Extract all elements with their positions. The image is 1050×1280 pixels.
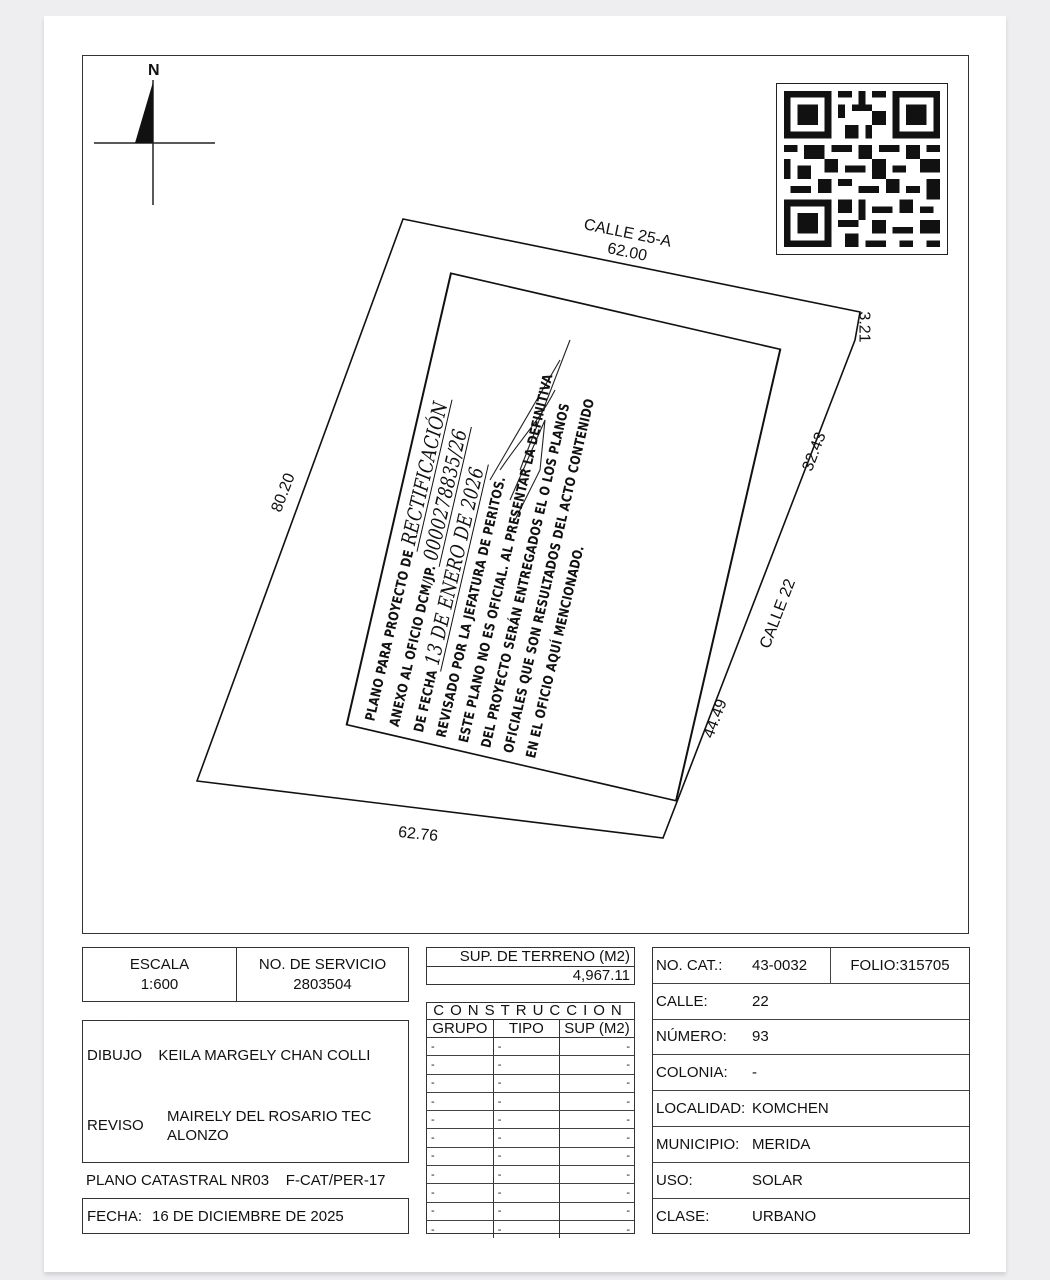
tipo-cell: - xyxy=(493,1184,559,1202)
table-row: --- xyxy=(427,1166,634,1184)
info-value: SOLAR xyxy=(752,1172,803,1189)
tipo-cell: - xyxy=(493,1056,559,1074)
sup-cell: - xyxy=(559,1184,634,1202)
info-row: USO:SOLAR xyxy=(653,1163,969,1199)
table-row: --- xyxy=(427,1184,634,1202)
table-row: --- xyxy=(427,1220,634,1238)
info-row: LOCALIDAD:KOMCHEN xyxy=(653,1091,969,1127)
info-value: 93 xyxy=(752,1028,769,1045)
tipo-cell: - xyxy=(493,1092,559,1110)
no-cat-value: 43-0032 xyxy=(752,957,807,974)
tipo-cell: - xyxy=(493,1166,559,1184)
grupo-cell: - xyxy=(427,1056,493,1074)
reviso-label: REVISO xyxy=(87,1117,144,1134)
table-row: --- xyxy=(427,1129,634,1147)
grupo-cell: - xyxy=(427,1092,493,1110)
scale-label: ESCALA xyxy=(130,955,189,975)
col-tipo: TIPO xyxy=(493,1020,559,1038)
sup-cell: - xyxy=(559,1074,634,1092)
qr-code-icon xyxy=(776,83,948,255)
info-row: NÚMERO:93 xyxy=(653,1020,969,1056)
table-row: --- xyxy=(427,1074,634,1092)
land-area-box: SUP. DE TERRENO (M2) 4,967.11 xyxy=(426,947,635,985)
info-key: CALLE: xyxy=(653,993,752,1010)
staff-box: DIBUJO KEILA MARGELY CHAN COLLI REVISO M… xyxy=(82,1020,409,1163)
sup-cell: - xyxy=(559,1056,634,1074)
table-row: --- xyxy=(427,1092,634,1110)
table-row: --- xyxy=(427,1056,634,1074)
info-value: 22 xyxy=(752,993,769,1010)
info-row: COLONIA:- xyxy=(653,1055,969,1091)
grupo-cell: - xyxy=(427,1038,493,1056)
info-value: KOMCHEN xyxy=(752,1100,829,1117)
grupo-cell: - xyxy=(427,1166,493,1184)
folio-value: FOLIO:315705 xyxy=(830,948,969,983)
table-row: --- xyxy=(427,1147,634,1165)
scale-value: 1:600 xyxy=(141,975,179,995)
grupo-cell: - xyxy=(427,1147,493,1165)
north-label: N xyxy=(148,62,160,80)
reviso-name-1: MAIRELY DEL ROSARIO TEC xyxy=(167,1108,372,1125)
info-row: CLASE:URBANO xyxy=(653,1199,969,1235)
sup-cell: - xyxy=(559,1092,634,1110)
col-grupo: GRUPO xyxy=(427,1020,493,1038)
service-value: 2803504 xyxy=(293,975,351,995)
grupo-cell: - xyxy=(427,1111,493,1129)
reviso-name-2: ALONZO xyxy=(167,1127,229,1144)
info-key: MUNICIPIO: xyxy=(653,1136,752,1153)
dimension-corner: 3.21 xyxy=(855,311,873,342)
construction-title: CONSTRUCCION xyxy=(427,1003,634,1020)
date-value: 16 DE DICIEMBRE DE 2025 xyxy=(152,1208,344,1225)
table-row: --- xyxy=(427,1111,634,1129)
info-row: MUNICIPIO:MERIDA xyxy=(653,1127,969,1163)
service-label: NO. DE SERVICIO xyxy=(259,955,386,975)
sup-cell: - xyxy=(559,1166,634,1184)
dibujo-name: KEILA MARGELY CHAN COLLI xyxy=(158,1047,370,1064)
grupo-cell: - xyxy=(427,1184,493,1202)
date-label: FECHA: xyxy=(87,1208,142,1225)
tipo-cell: - xyxy=(493,1074,559,1092)
info-value: URBANO xyxy=(752,1208,816,1225)
plano-reference: PLANO CATASTRAL NR03 F-CAT/PER-17 xyxy=(86,1172,386,1189)
date-box: FECHA: 16 DE DICIEMBRE DE 2025 xyxy=(82,1198,409,1234)
info-key: CLASE: xyxy=(653,1208,752,1225)
scale-service-box: ESCALA 1:600 NO. DE SERVICIO 2803504 xyxy=(82,947,409,1002)
tipo-cell: - xyxy=(493,1038,559,1056)
sup-cell: - xyxy=(559,1147,634,1165)
sup-cell: - xyxy=(559,1038,634,1056)
info-row-no-cat: NO. CAT.: 43-0032 FOLIO:315705 xyxy=(653,948,969,984)
tipo-cell: - xyxy=(493,1111,559,1129)
land-area-value: 4,967.11 xyxy=(427,967,634,985)
info-key: COLONIA: xyxy=(653,1064,752,1081)
info-key: USO: xyxy=(653,1172,752,1189)
grupo-cell: - xyxy=(427,1129,493,1147)
info-row: CALLE:22 xyxy=(653,984,969,1020)
grupo-cell: - xyxy=(427,1202,493,1220)
info-value: - xyxy=(752,1064,757,1081)
tipo-cell: - xyxy=(493,1129,559,1147)
cadastral-info-box: NO. CAT.: 43-0032 FOLIO:315705 CALLE:22N… xyxy=(652,947,970,1234)
land-area-label: SUP. DE TERRENO (M2) xyxy=(427,948,634,967)
grupo-cell: - xyxy=(427,1220,493,1238)
info-key: LOCALIDAD: xyxy=(653,1100,752,1117)
grupo-cell: - xyxy=(427,1074,493,1092)
tipo-cell: - xyxy=(493,1147,559,1165)
no-cat-label: NO. CAT.: xyxy=(653,957,752,974)
sup-cell: - xyxy=(559,1111,634,1129)
table-row: --- xyxy=(427,1202,634,1220)
tipo-cell: - xyxy=(493,1220,559,1238)
table-row: --- xyxy=(427,1038,634,1056)
construction-table: CONSTRUCCION GRUPO TIPO SUP (M2) -------… xyxy=(426,1002,635,1234)
sup-cell: - xyxy=(559,1220,634,1238)
tipo-cell: - xyxy=(493,1202,559,1220)
info-value: MERIDA xyxy=(752,1136,810,1153)
dibujo-label: DIBUJO xyxy=(87,1047,142,1064)
sup-cell: - xyxy=(559,1202,634,1220)
col-sup: SUP (M2) xyxy=(559,1020,634,1038)
info-key: NÚMERO: xyxy=(653,1028,752,1045)
sup-cell: - xyxy=(559,1129,634,1147)
